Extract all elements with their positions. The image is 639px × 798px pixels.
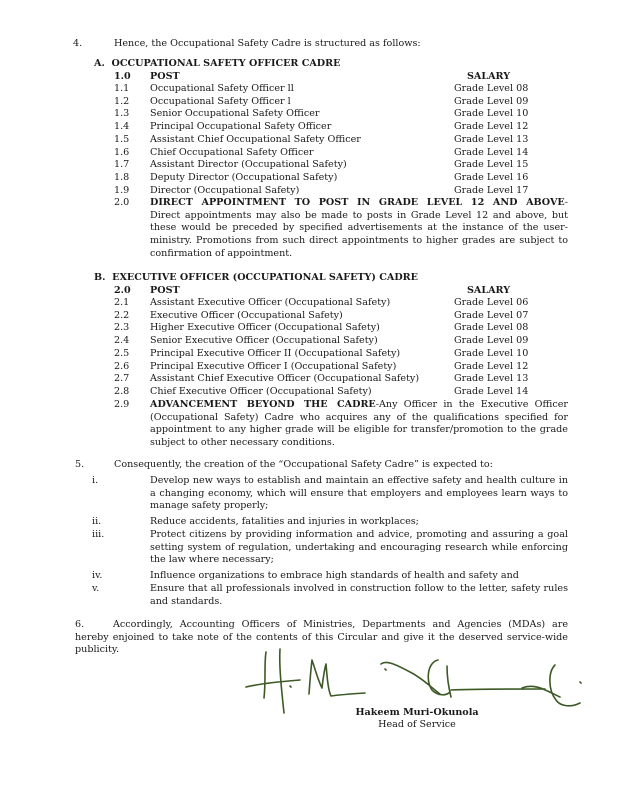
signatory-title: Head of Service <box>347 719 487 732</box>
signature-mark <box>0 0 639 798</box>
signatory-name: Hakeem Muri-Okunola <box>347 707 487 720</box>
